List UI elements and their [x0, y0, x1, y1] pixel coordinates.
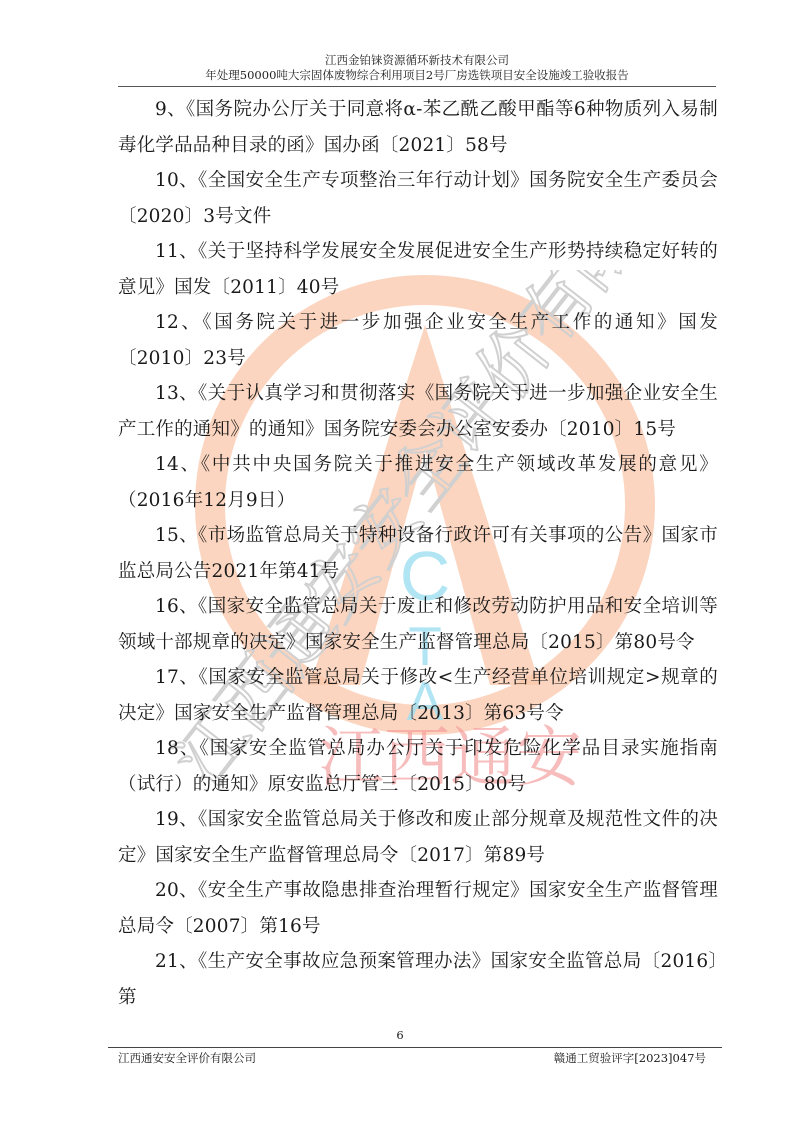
footer-company: 江西通安安全评价有限公司 [118, 1050, 256, 1066]
regulation-item: 13、《关于认真学习和贯彻落实《国务院关于进一步加强企业安全生产工作的通知》的通… [118, 376, 718, 447]
regulation-item: 11、《关于坚持科学发展安全发展促进安全生产形势持续稳定好转的意见》国发〔201… [118, 234, 718, 305]
document-body: 9、《国务院办公厅关于同意将α-苯乙酰乙酸甲酯等6种物质列入易制毒化学品品种目录… [118, 92, 718, 1015]
regulation-item: 21、《生产安全事故应急预案管理办法》国家安全监管总局〔2016〕第 [118, 944, 718, 1015]
regulation-item: 12、《国务院关于进一步加强企业安全生产工作的通知》国发〔2010〕23号 [118, 305, 718, 376]
regulation-item: 10、《全国安全生产专项整治三年行动计划》国务院安全生产委员会〔2020〕3号文… [118, 163, 718, 234]
page-number: 6 [0, 1028, 800, 1042]
regulation-item: 15、《市场监管总局关于特种设备行政许可有关事项的公告》国家市监总局公告2021… [118, 518, 718, 589]
header-report-title: 年处理50000吨大宗固体废物综合利用项目2号厂房选铁项目安全设施竣工验收报告 [118, 68, 716, 83]
footer-divider [108, 1047, 722, 1048]
regulation-item: 18、《国家安全监管总局办公厅关于印发危险化学品目录实施指南（试行）的通知》原安… [118, 731, 718, 802]
regulation-item: 16、《国家安全监管总局关于废止和修改劳动防护用品和安全培训等领域十部规章的决定… [118, 589, 718, 660]
page-header: 江西金铂铼资源循环新技术有限公司 年处理50000吨大宗固体废物综合利用项目2号… [118, 53, 716, 83]
regulation-item: 20、《安全生产事故隐患排查治理暂行规定》国家安全生产监督管理总局令〔2007〕… [118, 873, 718, 944]
regulation-item: 9、《国务院办公厅关于同意将α-苯乙酰乙酸甲酯等6种物质列入易制毒化学品品种目录… [118, 92, 718, 163]
header-company: 江西金铂铼资源循环新技术有限公司 [118, 53, 716, 68]
footer-doc-number: 赣通工贸验评字[2023]047号 [554, 1050, 706, 1066]
regulation-item: 19、《国家安全监管总局关于修改和废止部分规章及规范性文件的决定》国家安全生产监… [118, 802, 718, 873]
header-divider [118, 86, 716, 87]
regulation-item: 17、《国家安全监管总局关于修改<生产经营单位培训规定>规章的决定》国家安全生产… [118, 660, 718, 731]
regulation-item: 14、《中共中央国务院关于推进安全生产领域改革发展的意见》（2016年12月9日… [118, 447, 718, 518]
